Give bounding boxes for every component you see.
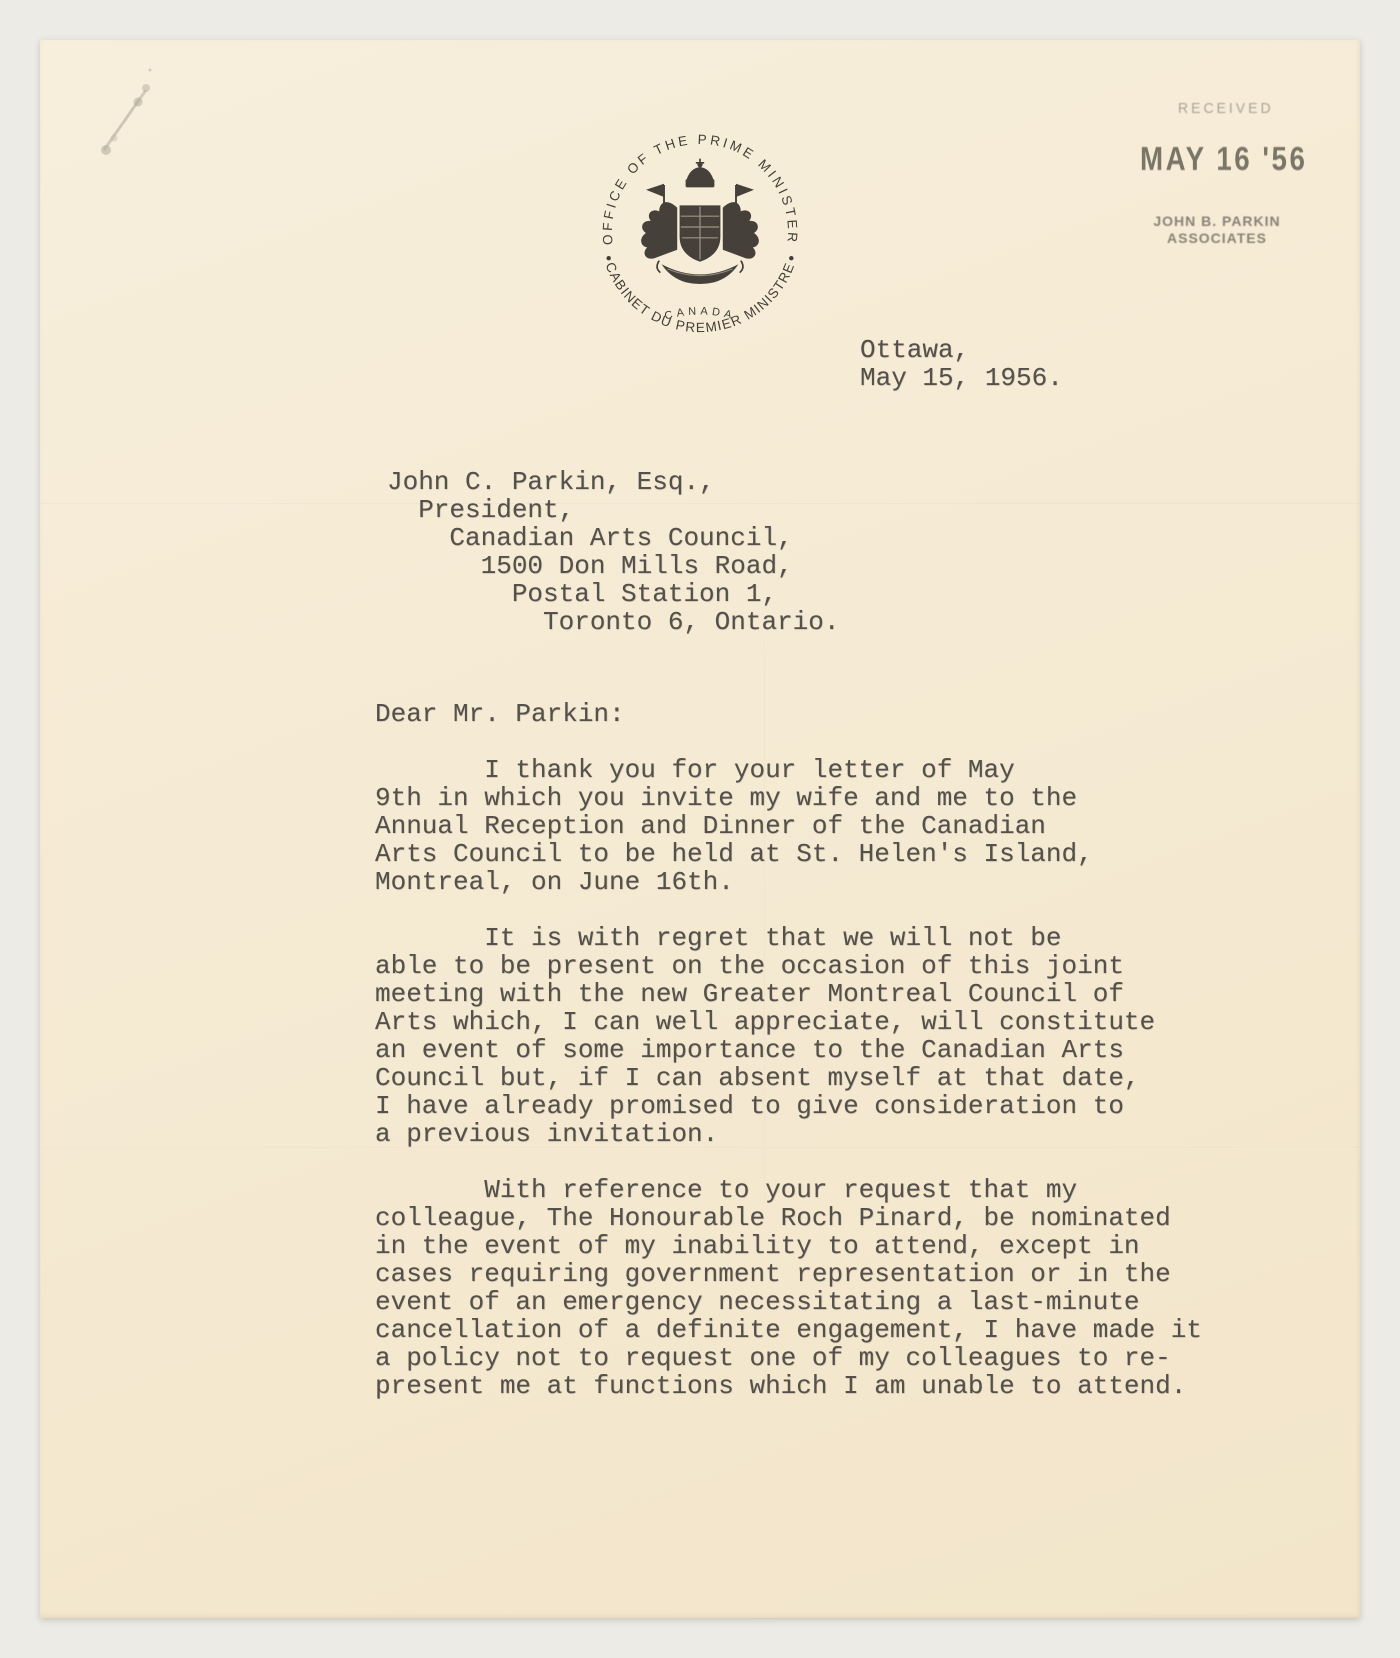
prime-minister-office-seal: OFFICE OF THE PRIME MINISTER CABINET DU … <box>590 122 810 342</box>
seal-country-text: CANADA <box>663 305 736 322</box>
scanned-letter-page: { "seal": { "top_text": "OFFICE OF THE P… <box>0 0 1400 1658</box>
paragraph-3: With reference to your request that my c… <box>375 1176 1202 1400</box>
received-stamp-firm: JOHN B. PARKIN ASSOCIATES <box>1132 213 1302 247</box>
staple-mark <box>80 58 170 178</box>
seal-separator-dot <box>607 256 611 260</box>
received-stamp-date: MAY 16 '56 <box>1140 140 1307 178</box>
received-stamp-label: RECEIVED <box>1178 100 1274 117</box>
salutation: Dear Mr. Parkin: <box>375 700 1202 728</box>
paragraph-2: It is with regret that we will not be ab… <box>375 924 1202 1148</box>
received-stamp-firm-name: JOHN B. PARKIN <box>1132 213 1302 230</box>
received-stamp-firm-suffix: ASSOCIATES <box>1132 230 1302 247</box>
paragraph-1: I thank you for your letter of May 9th i… <box>375 756 1202 896</box>
letter-paper: OFFICE OF THE PRIME MINISTER CABINET DU … <box>40 40 1360 1618</box>
seal-bottom-arc-text: CABINET DU PREMIER MINISTRE <box>603 260 798 335</box>
recipient-address: John C. Parkin, Esq., President, Canadia… <box>387 468 839 636</box>
coat-of-arms <box>641 159 759 284</box>
letter-body: Dear Mr. Parkin: I thank you for your le… <box>375 700 1202 1400</box>
dateline: Ottawa, May 15, 1956. <box>860 336 1063 392</box>
seal-separator-dot <box>789 256 793 260</box>
